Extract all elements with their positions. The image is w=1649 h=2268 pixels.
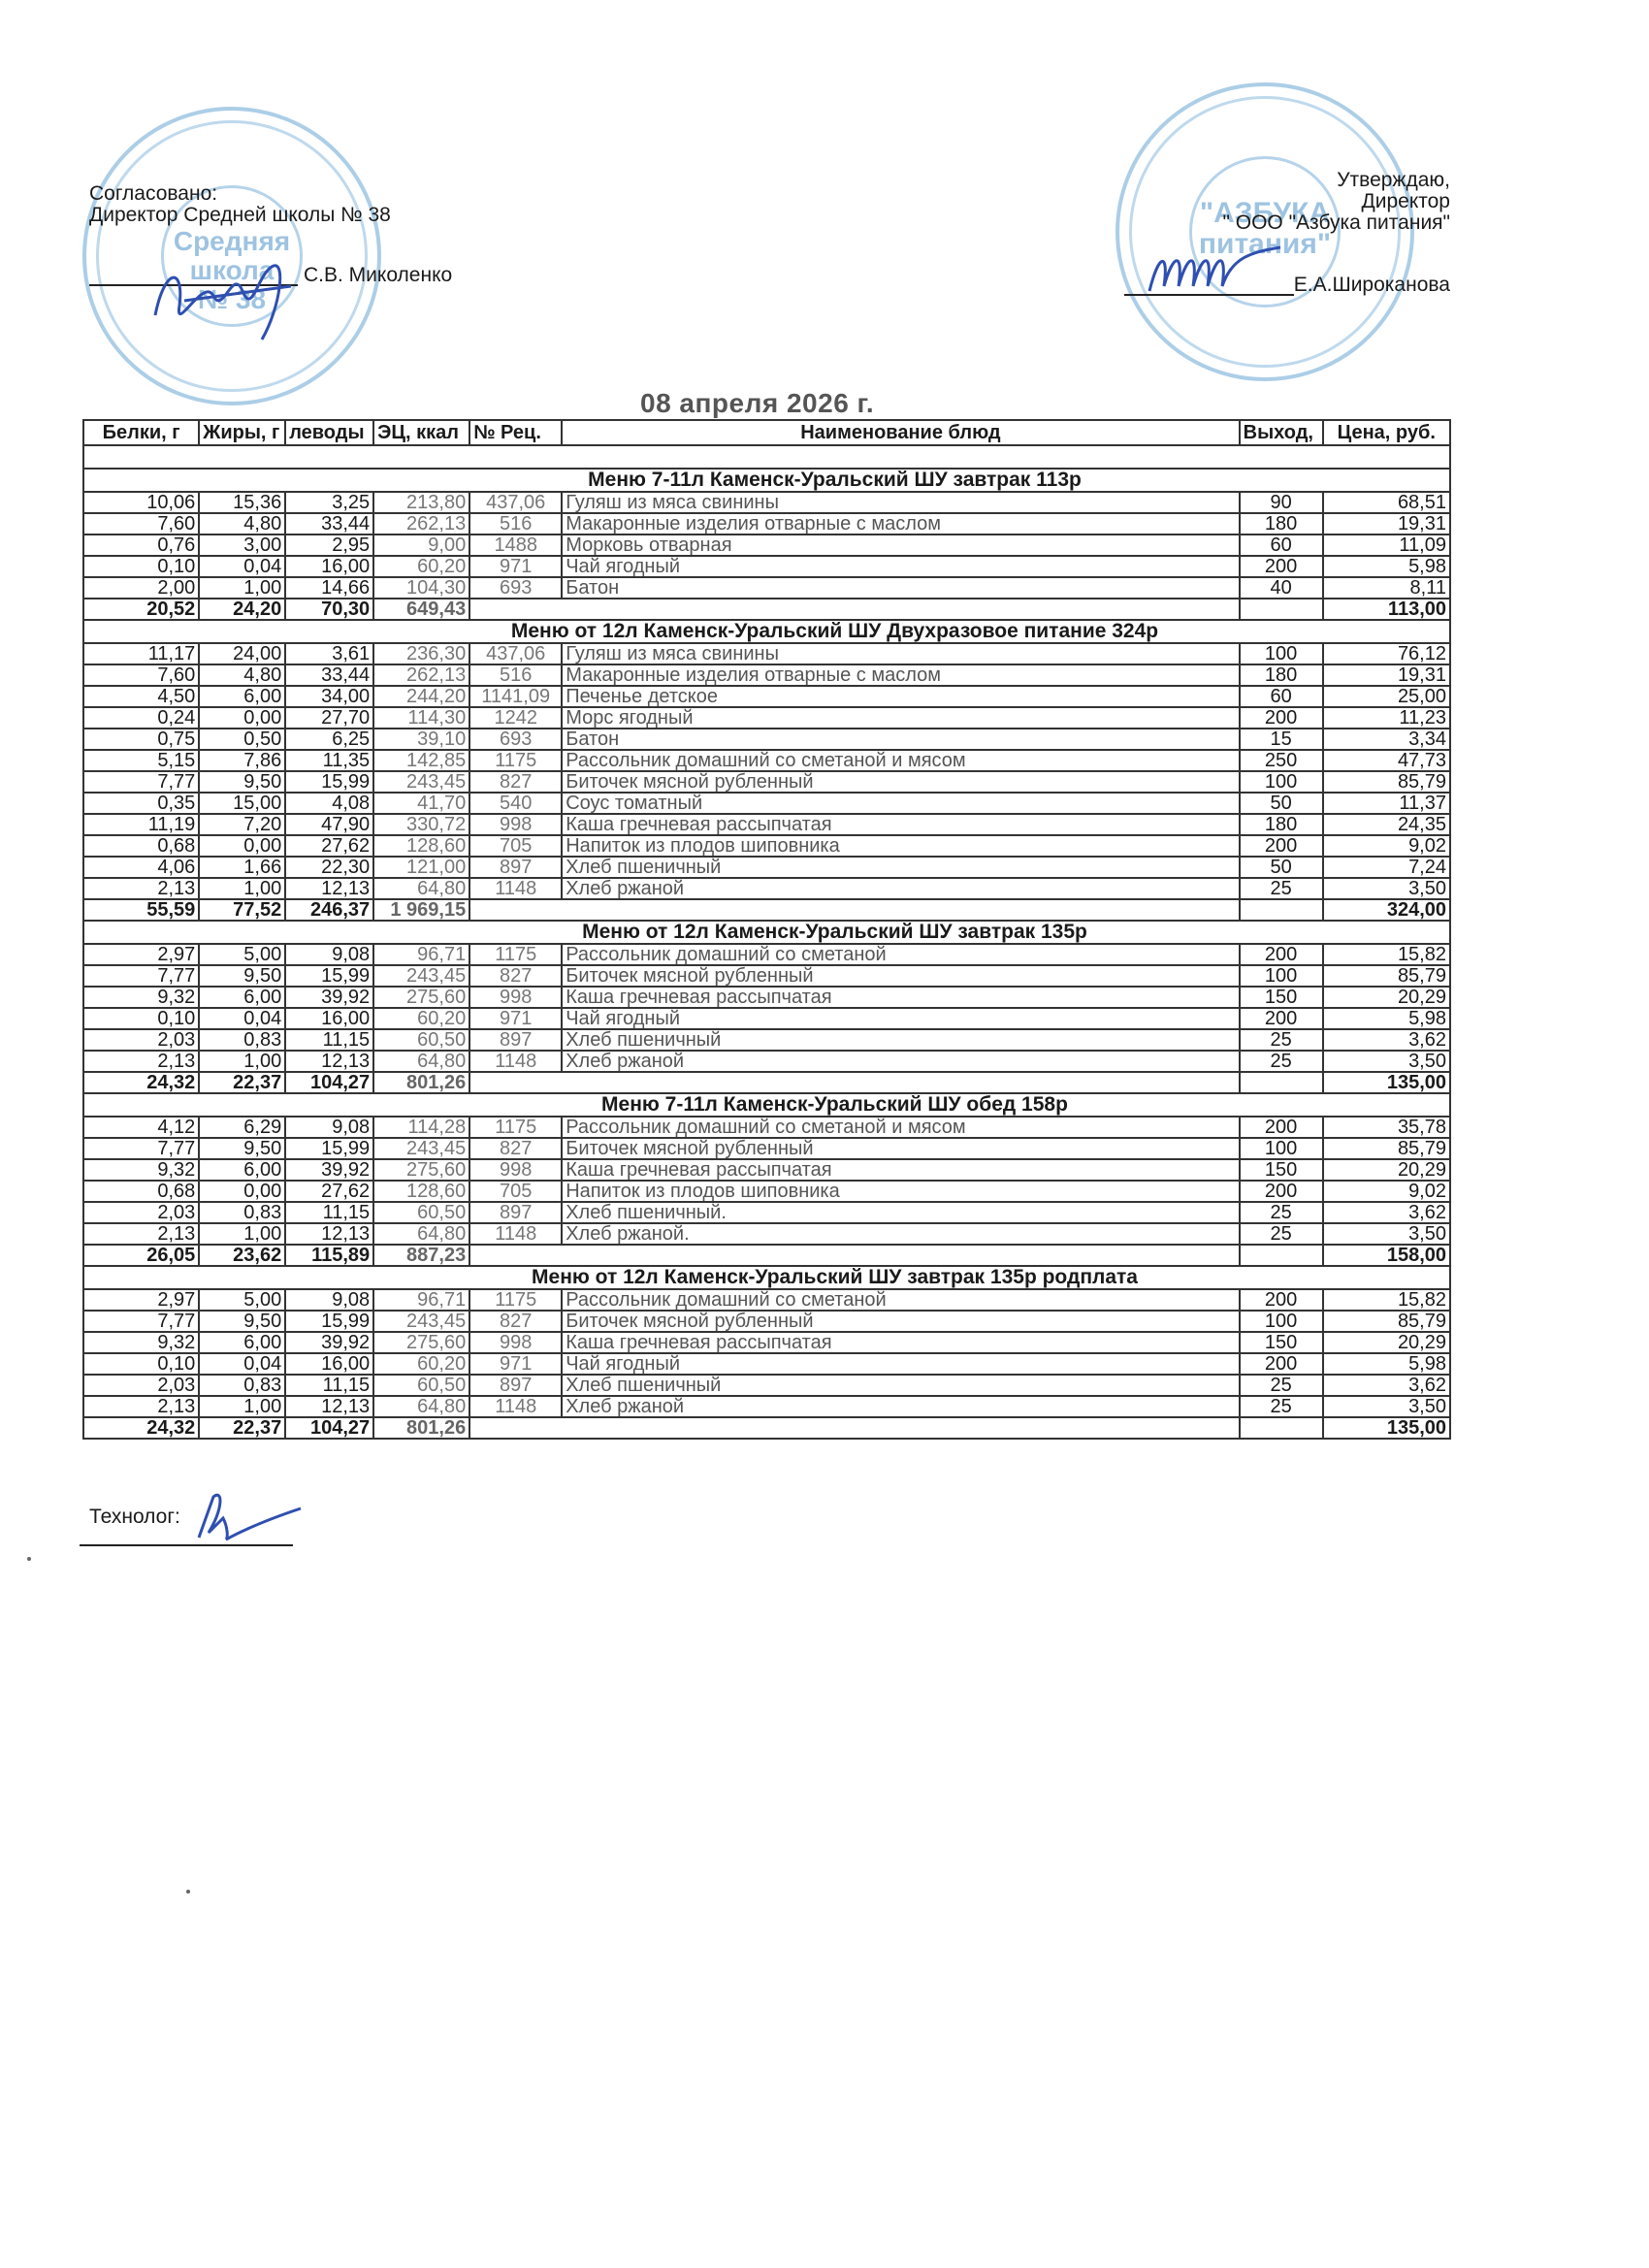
- yield-cell: 250: [1240, 750, 1323, 771]
- recipe-number-cell: 827: [469, 1138, 562, 1159]
- total-empty-cell: [469, 1417, 1239, 1439]
- carbs-cell: 22,30: [285, 857, 373, 878]
- spacer-row: [83, 445, 1450, 469]
- total-kcal-cell: 801,26: [373, 1417, 469, 1439]
- fat-cell: 0,83: [199, 1202, 285, 1223]
- price-cell: 20,29: [1323, 1332, 1450, 1353]
- recipe-number-cell: 998: [469, 987, 562, 1008]
- yield-cell: 25: [1240, 1029, 1323, 1051]
- recipe-number-cell: 1148: [469, 1396, 562, 1417]
- dish-name-cell: Морс ягодный: [562, 707, 1239, 729]
- col-header-protein: Белки, г: [83, 420, 199, 445]
- recipe-number-cell: 1148: [469, 878, 562, 899]
- total-carbs-cell: 115,89: [285, 1245, 373, 1266]
- col-header-yield: Выход,: [1240, 420, 1323, 445]
- price-cell: 3,62: [1323, 1375, 1450, 1396]
- total-price-cell: 113,00: [1323, 599, 1450, 620]
- menu-section-header: Меню 7-11л Каменск-Уральский ШУ завтрак …: [83, 469, 1450, 492]
- recipe-number-cell: 1175: [469, 944, 562, 965]
- fat-cell: 15,00: [199, 793, 285, 814]
- yield-cell: 200: [1240, 1181, 1323, 1202]
- fat-cell: 24,00: [199, 643, 285, 664]
- kcal-cell: 330,72: [373, 814, 469, 835]
- recipe-number-cell: 1175: [469, 1117, 562, 1138]
- total-empty-cell: [469, 899, 1239, 921]
- section-total-row: 24,3222,37104,27801,26135,00: [83, 1072, 1450, 1093]
- menu-section-header: Меню от 12л Каменск-Уральский ШУ завтрак…: [83, 1266, 1450, 1289]
- recipe-number-cell: 897: [469, 1029, 562, 1051]
- price-cell: 5,98: [1323, 1353, 1450, 1375]
- spacer-cell: [83, 445, 1450, 469]
- dish-name-cell: Гуляш из мяса свинины: [562, 643, 1239, 664]
- protein-cell: 0,10: [83, 1353, 199, 1375]
- fat-cell: 1,00: [199, 1396, 285, 1417]
- table-row: 0,100,0416,0060,20971Чай ягодный2005,98: [83, 1353, 1450, 1375]
- kcal-cell: 60,50: [373, 1375, 469, 1396]
- table-row: 7,779,5015,99243,45827Биточек мясной руб…: [83, 1311, 1450, 1332]
- agreed-signer-name: С.В. Миколенко: [304, 264, 452, 286]
- protein-cell: 0,76: [83, 535, 199, 556]
- table-row: 10,0615,363,25213,80437,06Гуляш из мяса …: [83, 492, 1450, 513]
- price-cell: 7,24: [1323, 857, 1450, 878]
- table-row: 11,1724,003,61236,30437,06Гуляш из мяса …: [83, 643, 1450, 664]
- dish-name-cell: Хлеб ржаной.: [562, 1223, 1239, 1245]
- recipe-number-cell: 1488: [469, 535, 562, 556]
- dish-name-cell: Каша гречневая рассыпчатая: [562, 1332, 1239, 1353]
- col-header-dish-name: Наименование блюд: [562, 420, 1239, 445]
- table-row: 0,680,0027,62128,60705Напиток из плодов …: [83, 835, 1450, 857]
- yield-cell: 90: [1240, 492, 1323, 513]
- table-row: 2,131,0012,1364,801148Хлеб ржаной.253,50: [83, 1223, 1450, 1245]
- yield-cell: 25: [1240, 1202, 1323, 1223]
- table-row: 2,001,0014,66104,30693Батон408,11: [83, 577, 1450, 599]
- recipe-number-cell: 827: [469, 1311, 562, 1332]
- dish-name-cell: Биточек мясной рубленный: [562, 1138, 1239, 1159]
- dish-name-cell: Рассольник домашний со сметаной: [562, 944, 1239, 965]
- kcal-cell: 60,20: [373, 556, 469, 577]
- recipe-number-cell: 971: [469, 556, 562, 577]
- scan-speck: [27, 1557, 31, 1561]
- menu-section-title-cell: Меню 7-11л Каменск-Уральский ШУ завтрак …: [83, 469, 1450, 492]
- technologist-block: Технолог:: [89, 1506, 180, 1529]
- fat-cell: 6,29: [199, 1117, 285, 1138]
- protein-cell: 7,60: [83, 664, 199, 686]
- fat-cell: 0,00: [199, 1181, 285, 1202]
- carbs-cell: 47,90: [285, 814, 373, 835]
- menu-section-title: Меню от 12л Каменск-Уральский ШУ завтрак…: [532, 1266, 1138, 1288]
- yield-cell: 100: [1240, 643, 1323, 664]
- recipe-number-cell: 516: [469, 664, 562, 686]
- protein-cell: 0,10: [83, 1008, 199, 1029]
- dish-name-cell: Батон: [562, 729, 1239, 750]
- section-total-row: 20,5224,2070,30649,43113,00: [83, 599, 1450, 620]
- total-kcal-cell: 887,23: [373, 1245, 469, 1266]
- recipe-number-cell: 998: [469, 1159, 562, 1181]
- menu-date: 08 апреля 2026 г.: [640, 388, 874, 419]
- yield-cell: 15: [1240, 729, 1323, 750]
- total-yield-empty-cell: [1240, 1245, 1323, 1266]
- recipe-number-cell: 1148: [469, 1223, 562, 1245]
- fat-cell: 6,00: [199, 987, 285, 1008]
- total-protein-cell: 24,32: [83, 1417, 199, 1439]
- carbs-cell: 4,08: [285, 793, 373, 814]
- price-cell: 3,34: [1323, 729, 1450, 750]
- yield-cell: 200: [1240, 1117, 1323, 1138]
- menu-section-title: Меню от 12л Каменск-Уральский ШУ завтрак…: [582, 921, 1087, 943]
- fat-cell: 7,20: [199, 814, 285, 835]
- kcal-cell: 142,85: [373, 750, 469, 771]
- price-cell: 3,50: [1323, 1396, 1450, 1417]
- carbs-cell: 39,92: [285, 1159, 373, 1181]
- kcal-cell: 9,00: [373, 535, 469, 556]
- dish-name-cell: Каша гречневая рассыпчатая: [562, 1159, 1239, 1181]
- total-empty-cell: [469, 599, 1239, 620]
- total-price-cell: 135,00: [1323, 1072, 1450, 1093]
- price-cell: 68,51: [1323, 492, 1450, 513]
- price-cell: 3,50: [1323, 1223, 1450, 1245]
- dish-name-cell: Хлеб ржаной: [562, 1396, 1239, 1417]
- carbs-cell: 15,99: [285, 771, 373, 793]
- dish-name-cell: Хлеб пшеничный: [562, 1375, 1239, 1396]
- total-fat-cell: 22,37: [199, 1417, 285, 1439]
- fat-cell: 9,50: [199, 1138, 285, 1159]
- dish-name-cell: Рассольник домашний со сметаной: [562, 1289, 1239, 1311]
- carbs-cell: 12,13: [285, 1051, 373, 1072]
- total-fat-cell: 24,20: [199, 599, 285, 620]
- kcal-cell: 64,80: [373, 1223, 469, 1245]
- table-row: 9,326,0039,92275,60998Каша гречневая рас…: [83, 1332, 1450, 1353]
- price-cell: 19,31: [1323, 664, 1450, 686]
- price-cell: 35,78: [1323, 1117, 1450, 1138]
- recipe-number-cell: 437,06: [469, 492, 562, 513]
- table-row: 4,061,6622,30121,00897Хлеб пшеничный507,…: [83, 857, 1450, 878]
- kcal-cell: 275,60: [373, 1332, 469, 1353]
- carbs-cell: 14,66: [285, 577, 373, 599]
- fat-cell: 0,00: [199, 707, 285, 729]
- carbs-cell: 12,13: [285, 878, 373, 899]
- carbs-cell: 39,92: [285, 987, 373, 1008]
- kcal-cell: 41,70: [373, 793, 469, 814]
- table-row: 2,131,0012,1364,801148Хлеб ржаной253,50: [83, 1396, 1450, 1417]
- yield-cell: 200: [1240, 707, 1323, 729]
- price-cell: 19,31: [1323, 513, 1450, 535]
- total-empty-cell: [469, 1245, 1239, 1266]
- table-row: 9,326,0039,92275,60998Каша гречневая рас…: [83, 1159, 1450, 1181]
- protein-cell: 0,68: [83, 835, 199, 857]
- protein-cell: 2,13: [83, 1396, 199, 1417]
- price-cell: 11,09: [1323, 535, 1450, 556]
- price-cell: 20,29: [1323, 1159, 1450, 1181]
- yield-cell: 180: [1240, 814, 1323, 835]
- kcal-cell: 128,60: [373, 835, 469, 857]
- fat-cell: 9,50: [199, 965, 285, 987]
- kcal-cell: 243,45: [373, 771, 469, 793]
- dish-name-cell: Биточек мясной рубленный: [562, 771, 1239, 793]
- kcal-cell: 262,13: [373, 513, 469, 535]
- recipe-number-cell: 897: [469, 1375, 562, 1396]
- price-cell: 85,79: [1323, 1311, 1450, 1332]
- kcal-cell: 64,80: [373, 878, 469, 899]
- menu-section-title-cell: Меню от 12л Каменск-Уральский ШУ завтрак…: [83, 921, 1450, 944]
- yield-cell: 200: [1240, 1353, 1323, 1375]
- carbs-cell: 34,00: [285, 686, 373, 707]
- protein-cell: 2,03: [83, 1375, 199, 1396]
- kcal-cell: 60,50: [373, 1029, 469, 1051]
- fat-cell: 0,04: [199, 1008, 285, 1029]
- total-yield-empty-cell: [1240, 1417, 1323, 1439]
- table-row: 2,030,8311,1560,50897Хлеб пшеничный253,6…: [83, 1375, 1450, 1396]
- menu-section-title: Меню от 12л Каменск-Уральский ШУ Двухраз…: [511, 620, 1158, 642]
- table-row: 2,975,009,0896,711175Рассольник домашний…: [83, 944, 1450, 965]
- yield-cell: 200: [1240, 835, 1323, 857]
- table-row: 4,506,0034,00244,201141,09Печенье детско…: [83, 686, 1450, 707]
- protein-cell: 4,12: [83, 1117, 199, 1138]
- scan-speck: [186, 1890, 190, 1894]
- menu-section-header: Меню от 12л Каменск-Уральский ШУ завтрак…: [83, 921, 1450, 944]
- total-kcal-cell: 1 969,15: [373, 899, 469, 921]
- total-kcal-cell: 801,26: [373, 1072, 469, 1093]
- fat-cell: 0,04: [199, 1353, 285, 1375]
- kcal-cell: 60,20: [373, 1008, 469, 1029]
- total-kcal-cell: 649,43: [373, 599, 469, 620]
- signature-scribble-icon: [145, 247, 310, 354]
- price-cell: 24,35: [1323, 814, 1450, 835]
- fat-cell: 3,00: [199, 535, 285, 556]
- protein-cell: 9,32: [83, 1332, 199, 1353]
- price-cell: 20,29: [1323, 987, 1450, 1008]
- protein-cell: 0,35: [83, 793, 199, 814]
- menu-table-body: Меню 7-11л Каменск-Уральский ШУ завтрак …: [83, 445, 1450, 1439]
- protein-cell: 9,32: [83, 987, 199, 1008]
- table-row: 0,750,506,2539,10693Батон153,34: [83, 729, 1450, 750]
- dish-name-cell: Рассольник домашний со сметаной и мясом: [562, 1117, 1239, 1138]
- total-protein-cell: 24,32: [83, 1072, 199, 1093]
- price-cell: 15,82: [1323, 1289, 1450, 1311]
- fat-cell: 0,00: [199, 835, 285, 857]
- menu-section-title: Меню 7-11л Каменск-Уральский ШУ завтрак …: [588, 469, 1082, 491]
- menu-section-header: Меню 7-11л Каменск-Уральский ШУ обед 158…: [83, 1093, 1450, 1117]
- protein-cell: 0,10: [83, 556, 199, 577]
- dish-name-cell: Соус томатный: [562, 793, 1239, 814]
- price-cell: 85,79: [1323, 965, 1450, 987]
- kcal-cell: 114,30: [373, 707, 469, 729]
- total-carbs-cell: 104,27: [285, 1072, 373, 1093]
- dish-name-cell: Морковь отварная: [562, 535, 1239, 556]
- fat-cell: 1,00: [199, 1223, 285, 1245]
- recipe-number-cell: 971: [469, 1353, 562, 1375]
- fat-cell: 4,80: [199, 513, 285, 535]
- kcal-cell: 121,00: [373, 857, 469, 878]
- carbs-cell: 11,15: [285, 1029, 373, 1051]
- kcal-cell: 213,80: [373, 492, 469, 513]
- dish-name-cell: Чай ягодный: [562, 1353, 1239, 1375]
- kcal-cell: 64,80: [373, 1051, 469, 1072]
- protein-cell: 9,32: [83, 1159, 199, 1181]
- carbs-cell: 16,00: [285, 1353, 373, 1375]
- yield-cell: 40: [1240, 577, 1323, 599]
- dish-name-cell: Печенье детское: [562, 686, 1239, 707]
- fat-cell: 5,00: [199, 1289, 285, 1311]
- dish-name-cell: Макаронные изделия отварные с маслом: [562, 664, 1239, 686]
- menu-table: Белки, г Жиры, г леводы ЭЦ, ккал № Рец. …: [82, 419, 1451, 1440]
- table-row: 7,779,5015,99243,45827Биточек мясной руб…: [83, 965, 1450, 987]
- approved-signer-name: Е.А.Широканова: [1294, 274, 1450, 296]
- yield-cell: 25: [1240, 1223, 1323, 1245]
- yield-cell: 25: [1240, 1375, 1323, 1396]
- fat-cell: 1,00: [199, 878, 285, 899]
- protein-cell: 11,19: [83, 814, 199, 835]
- kcal-cell: 114,28: [373, 1117, 469, 1138]
- protein-cell: 11,17: [83, 643, 199, 664]
- approved-organization: " ООО "Азбука питания": [1124, 212, 1450, 234]
- protein-cell: 2,97: [83, 1289, 199, 1311]
- total-fat-cell: 23,62: [199, 1245, 285, 1266]
- protein-cell: 4,06: [83, 857, 199, 878]
- protein-cell: 0,75: [83, 729, 199, 750]
- col-header-fat: Жиры, г: [199, 420, 285, 445]
- dish-name-cell: Каша гречневая рассыпчатая: [562, 987, 1239, 1008]
- protein-cell: 2,00: [83, 577, 199, 599]
- total-carbs-cell: 70,30: [285, 599, 373, 620]
- price-cell: 3,62: [1323, 1029, 1450, 1051]
- recipe-number-cell: 998: [469, 1332, 562, 1353]
- total-price-cell: 158,00: [1323, 1245, 1450, 1266]
- yield-cell: 150: [1240, 1159, 1323, 1181]
- fat-cell: 5,00: [199, 944, 285, 965]
- dish-name-cell: Биточек мясной рубленный: [562, 1311, 1239, 1332]
- agreed-position: Директор Средней школы № 38: [89, 205, 452, 226]
- carbs-cell: 11,35: [285, 750, 373, 771]
- carbs-cell: 15,99: [285, 1311, 373, 1332]
- carbs-cell: 16,00: [285, 556, 373, 577]
- dish-name-cell: Хлеб пшеничный: [562, 1029, 1239, 1051]
- recipe-number-cell: 693: [469, 729, 562, 750]
- price-cell: 25,00: [1323, 686, 1450, 707]
- protein-cell: 7,77: [83, 771, 199, 793]
- protein-cell: 2,97: [83, 944, 199, 965]
- carbs-cell: 27,62: [285, 835, 373, 857]
- carbs-cell: 12,13: [285, 1223, 373, 1245]
- carbs-cell: 3,61: [285, 643, 373, 664]
- kcal-cell: 96,71: [373, 944, 469, 965]
- fat-cell: 9,50: [199, 1311, 285, 1332]
- dish-name-cell: Каша гречневая рассыпчатая: [562, 814, 1239, 835]
- dish-name-cell: Макаронные изделия отварные с маслом: [562, 513, 1239, 535]
- total-protein-cell: 55,59: [83, 899, 199, 921]
- carbs-cell: 2,95: [285, 535, 373, 556]
- carbs-cell: 3,25: [285, 492, 373, 513]
- kcal-cell: 39,10: [373, 729, 469, 750]
- table-row: 7,604,8033,44262,13516Макаронные изделия…: [83, 513, 1450, 535]
- dish-name-cell: Хлеб пшеничный.: [562, 1202, 1239, 1223]
- protein-cell: 0,24: [83, 707, 199, 729]
- carbs-cell: 27,70: [285, 707, 373, 729]
- yield-cell: 50: [1240, 793, 1323, 814]
- fat-cell: 1,00: [199, 1051, 285, 1072]
- yield-cell: 180: [1240, 513, 1323, 535]
- fat-cell: 0,83: [199, 1375, 285, 1396]
- protein-cell: 7,77: [83, 1138, 199, 1159]
- recipe-number-cell: 1175: [469, 1289, 562, 1311]
- kcal-cell: 60,50: [373, 1202, 469, 1223]
- kcal-cell: 275,60: [373, 987, 469, 1008]
- dish-name-cell: Чай ягодный: [562, 1008, 1239, 1029]
- carbs-cell: 9,08: [285, 1289, 373, 1311]
- carbs-cell: 6,25: [285, 729, 373, 750]
- protein-cell: 2,13: [83, 1051, 199, 1072]
- price-cell: 3,50: [1323, 1051, 1450, 1072]
- total-protein-cell: 26,05: [83, 1245, 199, 1266]
- kcal-cell: 64,80: [373, 1396, 469, 1417]
- carbs-cell: 11,15: [285, 1202, 373, 1223]
- protein-cell: 7,77: [83, 1311, 199, 1332]
- menu-section-title-cell: Меню от 12л Каменск-Уральский ШУ завтрак…: [83, 1266, 1450, 1289]
- dish-name-cell: Гуляш из мяса свинины: [562, 492, 1239, 513]
- carbs-cell: 27,62: [285, 1181, 373, 1202]
- total-price-cell: 324,00: [1323, 899, 1450, 921]
- agreed-label: Согласовано:: [89, 183, 452, 205]
- price-cell: 11,37: [1323, 793, 1450, 814]
- dish-name-cell: Хлеб ржаной: [562, 1051, 1239, 1072]
- kcal-cell: 60,20: [373, 1353, 469, 1375]
- yield-cell: 25: [1240, 878, 1323, 899]
- fat-cell: 9,50: [199, 771, 285, 793]
- protein-cell: 5,15: [83, 750, 199, 771]
- table-row: 2,030,8311,1560,50897Хлеб пшеничный.253,…: [83, 1202, 1450, 1223]
- yield-cell: 50: [1240, 857, 1323, 878]
- recipe-number-cell: 705: [469, 835, 562, 857]
- menu-section-title: Меню 7-11л Каменск-Уральский ШУ обед 158…: [601, 1093, 1068, 1116]
- protein-cell: 2,13: [83, 878, 199, 899]
- table-row: 0,100,0416,0060,20971Чай ягодный2005,98: [83, 556, 1450, 577]
- price-cell: 3,62: [1323, 1202, 1450, 1223]
- fat-cell: 0,04: [199, 556, 285, 577]
- carbs-cell: 16,00: [285, 1008, 373, 1029]
- carbs-cell: 9,08: [285, 1117, 373, 1138]
- carbs-cell: 15,99: [285, 1138, 373, 1159]
- total-yield-empty-cell: [1240, 1072, 1323, 1093]
- price-cell: 8,11: [1323, 577, 1450, 599]
- yield-cell: 25: [1240, 1051, 1323, 1072]
- price-cell: 85,79: [1323, 771, 1450, 793]
- recipe-number-cell: 540: [469, 793, 562, 814]
- menu-section-title-cell: Меню от 12л Каменск-Уральский ШУ Двухраз…: [83, 620, 1450, 643]
- yield-cell: 200: [1240, 1008, 1323, 1029]
- col-header-carbs: леводы: [285, 420, 373, 445]
- section-total-row: 24,3222,37104,27801,26135,00: [83, 1417, 1450, 1439]
- kcal-cell: 243,45: [373, 1138, 469, 1159]
- fat-cell: 1,00: [199, 577, 285, 599]
- carbs-cell: 9,08: [285, 944, 373, 965]
- recipe-number-cell: 1242: [469, 707, 562, 729]
- dish-name-cell: Рассольник домашний со сметаной и мясом: [562, 750, 1239, 771]
- col-header-recipe: № Рец.: [469, 420, 562, 445]
- table-row: 2,975,009,0896,711175Рассольник домашний…: [83, 1289, 1450, 1311]
- price-cell: 11,23: [1323, 707, 1450, 729]
- signature-scribble-icon: [1145, 243, 1290, 301]
- recipe-number-cell: 897: [469, 1202, 562, 1223]
- table-row: 11,197,2047,90330,72998Каша гречневая ра…: [83, 814, 1450, 835]
- fat-cell: 6,00: [199, 686, 285, 707]
- yield-cell: 25: [1240, 1396, 1323, 1417]
- protein-cell: 2,03: [83, 1202, 199, 1223]
- recipe-number-cell: 1175: [469, 750, 562, 771]
- approved-position: Директор: [1124, 191, 1450, 212]
- table-row: 7,604,8033,44262,13516Макаронные изделия…: [83, 664, 1450, 686]
- fat-cell: 4,80: [199, 664, 285, 686]
- yield-cell: 100: [1240, 965, 1323, 987]
- yield-cell: 100: [1240, 1138, 1323, 1159]
